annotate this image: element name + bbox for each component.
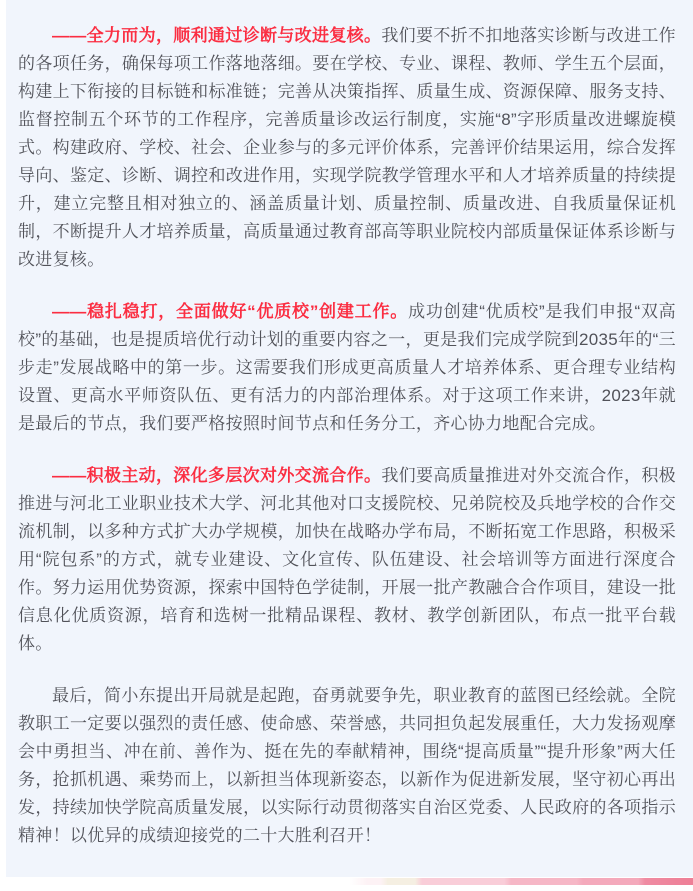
bottom-white-band [0, 877, 693, 891]
decorative-gradient-strip [350, 878, 693, 885]
paragraph-external-cooperation: ——积极主动，深化多层次对外交流合作。我们要高质量推进对外交流合作，积极推进与河… [18, 462, 676, 658]
paragraph-quality-school-lead: ——稳扎稳打，全面做好“优质校”创建工作。 [52, 302, 408, 321]
paragraph-diagnosis-review-text: 我们要不折不扣地落实诊断与改进工作的各项任务，确保每项工作落地落细。要在学校、专… [18, 26, 676, 269]
paragraph-quality-school-text: 成功创建“优质校”是我们申报“双高校”的基础，也是提质培优行动计划的重要内容之一… [18, 302, 676, 433]
article-body: ——全力而为，顺利通过诊断与改进复核。我们要不折不扣地落实诊断与改进工作的各项任… [6, 0, 693, 877]
article-page: ——全力而为，顺利通过诊断与改进复核。我们要不折不扣地落实诊断与改进工作的各项任… [0, 0, 693, 891]
paragraph-external-cooperation-lead: ——积极主动，深化多层次对外交流合作。 [52, 466, 381, 485]
paragraph-external-cooperation-text: 我们要高质量推进对外交流合作，积极推进与河北工业职业技术大学、河北其他对口支援院… [18, 466, 676, 653]
paragraph-conclusion: 最后，简小东提出开局就是起跑，奋勇就要争先，职业教育的蓝图已经绘就。全院教职工一… [18, 682, 676, 850]
paragraph-conclusion-text: 最后，简小东提出开局就是起跑，奋勇就要争先，职业教育的蓝图已经绘就。全院教职工一… [18, 686, 676, 845]
paragraph-diagnosis-review: ——全力而为，顺利通过诊断与改进复核。我们要不折不扣地落实诊断与改进工作的各项任… [18, 22, 676, 274]
paragraph-quality-school: ——稳扎稳打，全面做好“优质校”创建工作。成功创建“优质校”是我们申报“双高校”… [18, 298, 676, 438]
paragraph-diagnosis-review-lead: ——全力而为，顺利通过诊断与改进复核。 [52, 26, 381, 45]
